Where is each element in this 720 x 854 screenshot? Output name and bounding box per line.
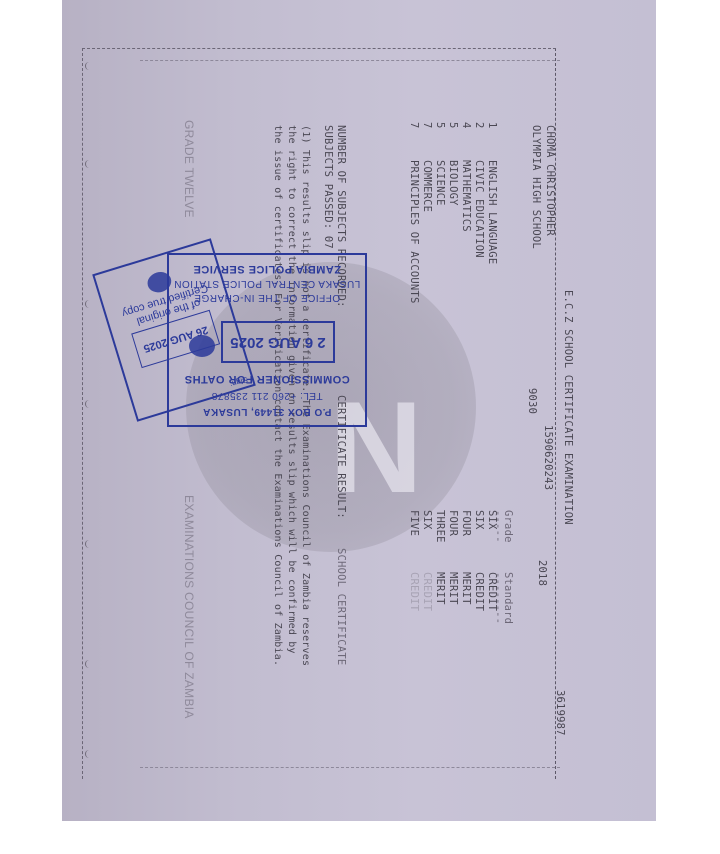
grade-level: GRADE TWELVE — [182, 120, 196, 218]
row-grade: SIX — [486, 510, 498, 530]
row-subject: MATHEMATICS — [460, 160, 472, 232]
row-subject: PRINCIPLES OF ACCOUNTS — [408, 160, 420, 303]
row-standard: MERIT — [460, 572, 472, 605]
exam-title: E.C.Z SCHOOL CERTIFICATE EXAMINATION — [562, 290, 574, 525]
exam-year: 2018 — [536, 560, 548, 586]
centre-code: 9030 — [526, 388, 538, 414]
school-name: OLYMPIA HIGH SCHOOL — [530, 125, 542, 249]
row-standard: CREDIT — [408, 572, 420, 611]
row-points: 4 — [460, 122, 472, 129]
row-standard: CREDIT — [473, 572, 485, 611]
row-standard: CREDIT — [421, 572, 433, 611]
row-grade: FOUR — [460, 510, 472, 536]
row-subject: BIOLOGY — [447, 160, 459, 206]
row-standard: MERIT — [447, 572, 459, 605]
row-grade: FIVE — [408, 510, 420, 536]
coat-of-arms-icon — [145, 269, 174, 295]
row-standard: MERIT — [434, 572, 446, 605]
subjects-passed-label: SUBJECTS PASSED: 07 — [322, 125, 334, 249]
row-points: 5 — [447, 122, 459, 129]
certificate-result-value: SCHOOL CERTIFICATE — [335, 548, 347, 665]
row-grade: THREE — [434, 510, 446, 543]
row-standard: CREDIT — [486, 572, 498, 611]
exam-number: 1590620243 — [542, 425, 554, 490]
row-points: 1 — [486, 122, 498, 129]
issuer-name: EXAMINATIONS COUNCIL OF ZAMBIA — [182, 495, 196, 719]
row-subject: SCIENCE — [434, 160, 446, 206]
tick-mark — [85, 660, 91, 668]
tick-mark — [85, 160, 91, 168]
row-grade: FOUR — [447, 510, 459, 536]
row-subject: ENGLISH LANGUAGE — [486, 160, 498, 264]
row-points: 7 — [421, 122, 433, 129]
row-subject: COMMERCE — [421, 160, 433, 212]
row-points: 7 — [408, 122, 420, 129]
tick-mark — [85, 750, 91, 758]
candidate-name: CHOMA CHRISTOPHER — [544, 125, 556, 236]
tick-mark — [85, 62, 91, 70]
row-points: 5 — [434, 122, 446, 129]
tick-mark — [85, 540, 91, 548]
tick-mark — [85, 300, 91, 308]
row-grade: SIX — [473, 510, 485, 530]
document-photo: N E.C.Z SCHOOL CERTIFICATE EXAMINATION 3… — [62, 0, 656, 821]
row-subject: CIVIC EDUCATION — [473, 160, 485, 258]
tick-mark — [85, 400, 91, 408]
sign-label: Sign: — [229, 375, 249, 389]
row-points: 2 — [473, 122, 485, 129]
serial-number: 3619987 — [554, 690, 566, 736]
row-grade: SIX — [421, 510, 433, 530]
stamp-line: P.O BOX 31449, LUSAKA — [169, 406, 365, 417]
results-slip: N E.C.Z SCHOOL CERTIFICATE EXAMINATION 3… — [62, 0, 656, 821]
